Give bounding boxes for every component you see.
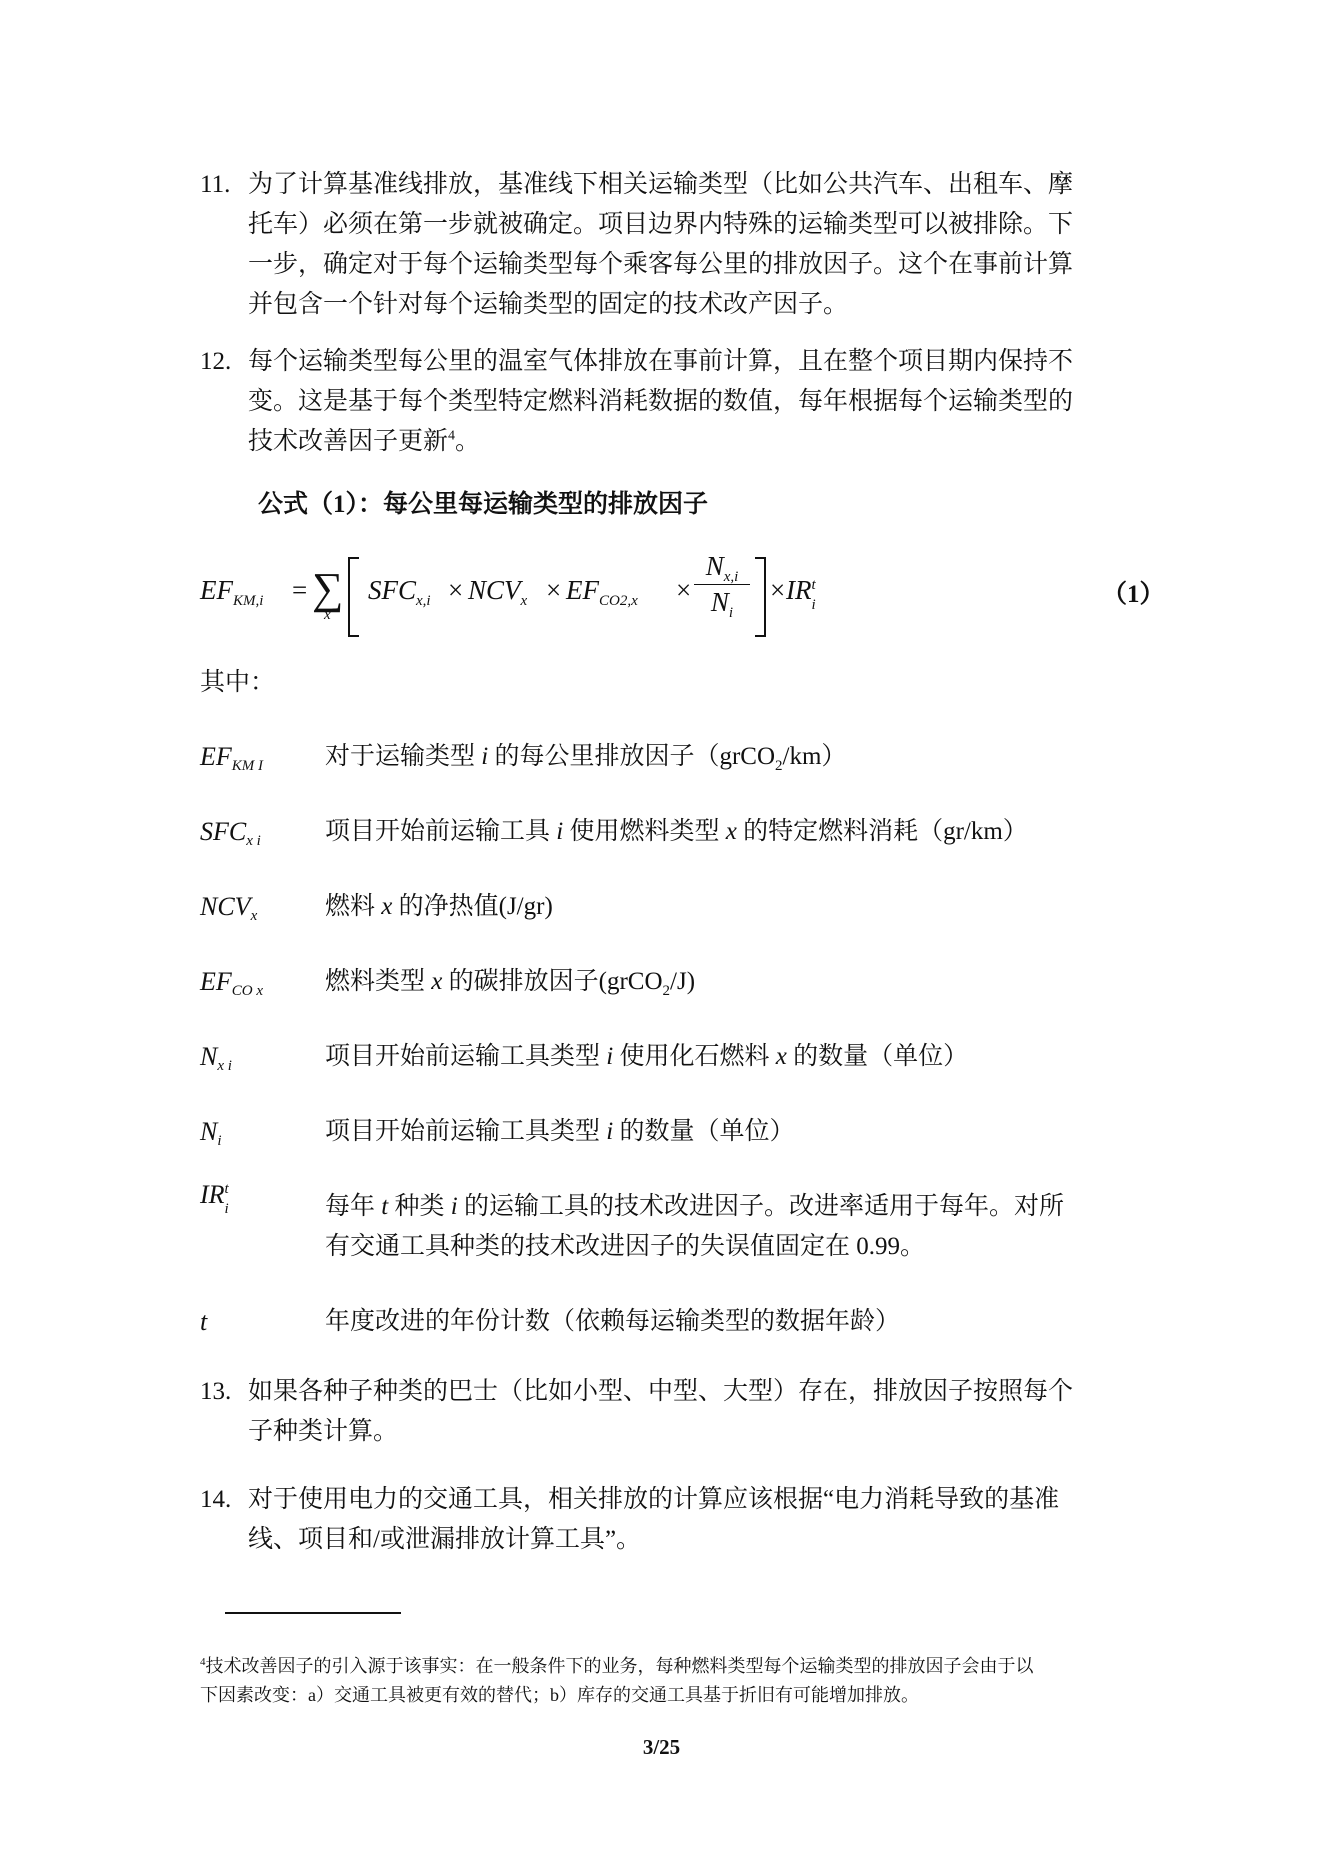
var-i: i bbox=[451, 1193, 458, 1220]
eq-numerator: Nx,i bbox=[694, 551, 750, 582]
equation-1: EFKM,i = ∑ x SFCx,i × NCVx × EFCO2,x × N… bbox=[200, 545, 1135, 635]
times-icon: × bbox=[448, 575, 463, 606]
text-line: 每个运输类型每公里的温室气体排放在事前计算，且在整个项目期内保持不 bbox=[248, 342, 1135, 382]
definition-ef-co: EFCO x 燃料类型 x 的碳排放因子(grCO2/J) bbox=[200, 962, 1135, 1011]
eq-symbol: IR bbox=[786, 575, 811, 605]
page-number: 3/25 bbox=[0, 1735, 1323, 1760]
definition-t: t 年度改进的年份计数（依赖每运输类型的数据年龄） bbox=[200, 1302, 1135, 1342]
subscript-2: 2 bbox=[775, 758, 783, 774]
sigma-icon: ∑ bbox=[312, 567, 343, 611]
symbol-base: SFC bbox=[200, 817, 246, 846]
footnote-divider bbox=[225, 1612, 401, 1614]
def-description: 燃料类型 x 的碳排放因子(grCO2/J) bbox=[325, 962, 1135, 1011]
def-symbol: Ni bbox=[200, 1112, 222, 1152]
subscript-2: 2 bbox=[663, 983, 671, 999]
text-segment: 技术改善因子更新 bbox=[248, 428, 448, 455]
eq-lhs: EFKM,i bbox=[200, 575, 263, 606]
eq-ir: IRti bbox=[786, 575, 821, 606]
text-segment: 的运输工具的技术改进因子。改进率适用于每年。对所 bbox=[458, 1193, 1064, 1220]
paragraph-number: 14. bbox=[200, 1480, 248, 1520]
text-line: 线、项目和/或泄漏排放计算工具”。 bbox=[248, 1520, 1135, 1560]
text-line: 技术改善因子更新4。 bbox=[248, 422, 1135, 462]
text-line: 变。这是基于每个类型特定燃料消耗数据的数值，每年根据每个运输类型的 bbox=[248, 382, 1135, 422]
eq-symbol: SFC bbox=[368, 575, 416, 605]
footnote-4: 4技术改善因子的引入源于该事实：在一般条件下的业务，每种燃料类型每个运输类型的排… bbox=[200, 1652, 1135, 1710]
times-icon: × bbox=[546, 575, 561, 606]
paragraph-14: 14. 对于使用电力的交通工具，相关排放的计算应该根据“电力消耗导致的基准 线、… bbox=[200, 1480, 1135, 1560]
text-segment: 。 bbox=[455, 428, 480, 455]
definition-sfc: SFCx i 项目开始前运输工具 i 使用燃料类型 x 的特定燃料消耗（gr/k… bbox=[200, 812, 1135, 852]
paragraph-number: 13. bbox=[200, 1372, 248, 1412]
text-segment: 的净热值(J/gr) bbox=[392, 893, 552, 920]
eq-ef: EFCO2,x bbox=[566, 575, 638, 606]
text-segment: 的每公里排放因子（grCO bbox=[488, 743, 775, 770]
eq-subscript: x bbox=[521, 593, 528, 609]
text-segment: 的碳排放因子(grCO bbox=[442, 968, 662, 995]
text-segment: 燃料 bbox=[325, 893, 381, 920]
eq-subscript: i bbox=[729, 605, 733, 621]
paragraph-11: 11. 为了计算基准线排放，基准线下相关运输类型（比如公共汽车、出租车、摩 托车… bbox=[200, 165, 1135, 325]
eq-sfc: SFCx,i bbox=[368, 575, 431, 606]
def-description: 年度改进的年份计数（依赖每运输类型的数据年龄） bbox=[325, 1302, 1135, 1342]
paragraph-13: 13. 如果各种子种类的巴士（比如小型、中型、大型）存在，排放因子按照每个 子种… bbox=[200, 1372, 1135, 1452]
text-segment: 项目开始前运输工具类型 bbox=[325, 1118, 606, 1145]
def-description: 每年 t 种类 i 的运输工具的技术改进因子。改进率适用于每年。对所 有交通工具… bbox=[325, 1175, 1135, 1267]
text-segment: 的数量（单位） bbox=[613, 1118, 794, 1145]
def-symbol: IRti bbox=[200, 1175, 235, 1215]
paragraph-number: 12. bbox=[200, 342, 248, 382]
where-label: 其中： bbox=[200, 662, 275, 698]
times-icon: × bbox=[770, 575, 785, 606]
def-symbol: NCVx bbox=[200, 887, 257, 927]
text-line: 并包含一个针对每个运输类型的固定的技术改产因子。 bbox=[248, 285, 1135, 325]
text-segment: 的特定燃料消耗（gr/km） bbox=[737, 818, 1028, 845]
formula-title: 公式（1）：每公里每运输类型的排放因子 bbox=[258, 484, 708, 520]
symbol-subscript: CO x bbox=[232, 983, 263, 999]
def-symbol: EFKM I bbox=[200, 737, 263, 777]
text-line: 为了计算基准线排放，基准线下相关运输类型（比如公共汽车、出租车、摩 bbox=[248, 165, 1135, 205]
definition-n-xi: Nx i 项目开始前运输工具类型 i 使用化石燃料 x 的数量（单位） bbox=[200, 1037, 1135, 1077]
text-segment: 使用燃料类型 bbox=[563, 818, 726, 845]
definition-ef-km: EFKM I 对于运输类型 i 的每公里排放因子（grCO2/km） bbox=[200, 737, 1135, 786]
def-description: 对于运输类型 i 的每公里排放因子（grCO2/km） bbox=[325, 737, 1135, 786]
symbol-base: EF bbox=[200, 742, 232, 771]
text-segment: 项目开始前运输工具类型 bbox=[325, 1043, 606, 1070]
symbol-base: N bbox=[200, 1117, 217, 1146]
definition-ncv: NCVx 燃料 x 的净热值(J/gr) bbox=[200, 887, 1135, 927]
text-segment: /J) bbox=[670, 968, 695, 995]
def-symbol: t bbox=[200, 1302, 207, 1342]
def-description: 项目开始前运输工具 i 使用燃料类型 x 的特定燃料消耗（gr/km） bbox=[325, 812, 1135, 852]
eq-sum-index: x bbox=[324, 607, 331, 624]
def-description: 燃料 x 的净热值(J/gr) bbox=[325, 887, 1135, 927]
eq-symbol: EF bbox=[566, 575, 599, 605]
left-bracket-icon bbox=[348, 557, 359, 637]
symbol-base: N bbox=[200, 1042, 217, 1071]
text-line: 如果各种子种类的巴士（比如小型、中型、大型）存在，排放因子按照每个 bbox=[248, 1372, 1135, 1412]
text-line: 每年 t 种类 i 的运输工具的技术改进因子。改进率适用于每年。对所 bbox=[325, 1187, 1135, 1227]
footnote-line: 4技术改善因子的引入源于该事实：在一般条件下的业务，每种燃料类型每个运输类型的排… bbox=[200, 1652, 1135, 1681]
symbol-subscript: KM I bbox=[232, 758, 263, 774]
eq-symbol: NCV bbox=[468, 575, 521, 605]
text-segment: 种类 bbox=[388, 1193, 451, 1220]
text-segment: 项目开始前运输工具 bbox=[325, 818, 556, 845]
right-bracket-icon bbox=[755, 557, 766, 637]
text-line: 子种类计算。 bbox=[248, 1412, 1135, 1452]
eq-subscript: x,i bbox=[724, 569, 739, 585]
text-segment: 的数量（单位） bbox=[787, 1043, 968, 1070]
footnote-line: 下因素改变：a）交通工具被更有效的替代；b）库存的交通工具基于折旧有可能增加排放… bbox=[200, 1681, 1135, 1710]
def-description: 项目开始前运输工具类型 i 的数量（单位） bbox=[325, 1112, 1135, 1152]
text-segment: 对于运输类型 bbox=[325, 743, 481, 770]
symbol-base: EF bbox=[200, 967, 232, 996]
symbol-subscript: x i bbox=[246, 833, 261, 849]
text-segment: 使用化石燃料 bbox=[613, 1043, 776, 1070]
eq-ncv: NCVx bbox=[468, 575, 527, 606]
eq-symbol: N bbox=[711, 587, 729, 617]
eq-subscript: CO2,x bbox=[599, 593, 638, 609]
var-x: x bbox=[726, 818, 737, 845]
var-x: x bbox=[381, 893, 392, 920]
fraction-bar bbox=[694, 584, 750, 585]
equation-number: （1） bbox=[1102, 574, 1165, 610]
eq-subscript: KM,i bbox=[233, 593, 263, 609]
symbol-base: NCV bbox=[200, 892, 251, 921]
text-line: 对于使用电力的交通工具，相关排放的计算应该根据“电力消耗导致的基准 bbox=[248, 1480, 1135, 1520]
text-line: 一步，确定对于每个运输类型每个乘客每公里的排放因子。这个在事前计算 bbox=[248, 245, 1135, 285]
def-symbol: Nx i bbox=[200, 1037, 232, 1077]
definition-ir: IRti 每年 t 种类 i 的运输工具的技术改进因子。改进率适用于每年。对所 … bbox=[200, 1175, 1135, 1267]
var-x: x bbox=[776, 1043, 787, 1070]
symbol-subscript: i bbox=[217, 1133, 221, 1149]
paragraph-number: 11. bbox=[200, 165, 248, 205]
symbol-base: IR bbox=[200, 1180, 225, 1209]
text-segment: 燃料类型 bbox=[325, 968, 431, 995]
footnote-ref-4[interactable]: 4 bbox=[448, 429, 455, 444]
symbol-subscript: x bbox=[251, 908, 258, 924]
eq-subscript: x,i bbox=[416, 593, 431, 609]
definition-n-i: Ni 项目开始前运输工具类型 i 的数量（单位） bbox=[200, 1112, 1135, 1152]
times-icon: × bbox=[676, 575, 691, 606]
symbol-subscript: x i bbox=[217, 1058, 232, 1074]
var-x: x bbox=[431, 968, 442, 995]
eq-denominator: Ni bbox=[694, 587, 750, 618]
text-segment: /km） bbox=[783, 743, 847, 770]
def-description: 项目开始前运输工具类型 i 使用化石燃料 x 的数量（单位） bbox=[325, 1037, 1135, 1077]
eq-equals: = bbox=[292, 575, 307, 606]
text-segment: 每年 bbox=[325, 1193, 381, 1220]
eq-fraction: Nx,i Ni bbox=[694, 551, 750, 618]
eq-symbol: N bbox=[706, 551, 724, 581]
eq-symbol: EF bbox=[200, 575, 233, 605]
text-line: 托车）必须在第一步就被确定。项目边界内特殊的运输类型可以被排除。下 bbox=[248, 205, 1135, 245]
text-line: 有交通工具种类的技术改进因子的失误值固定在 0.99。 bbox=[325, 1227, 1135, 1267]
paragraph-12: 12. 每个运输类型每公里的温室气体排放在事前计算，且在整个项目期内保持不 变。… bbox=[200, 342, 1135, 462]
def-symbol: SFCx i bbox=[200, 812, 261, 852]
text-segment: 技术改善因子的引入源于该事实：在一般条件下的业务，每种燃料类型每个运输类型的排放… bbox=[206, 1656, 1034, 1676]
def-symbol: EFCO x bbox=[200, 962, 263, 1002]
